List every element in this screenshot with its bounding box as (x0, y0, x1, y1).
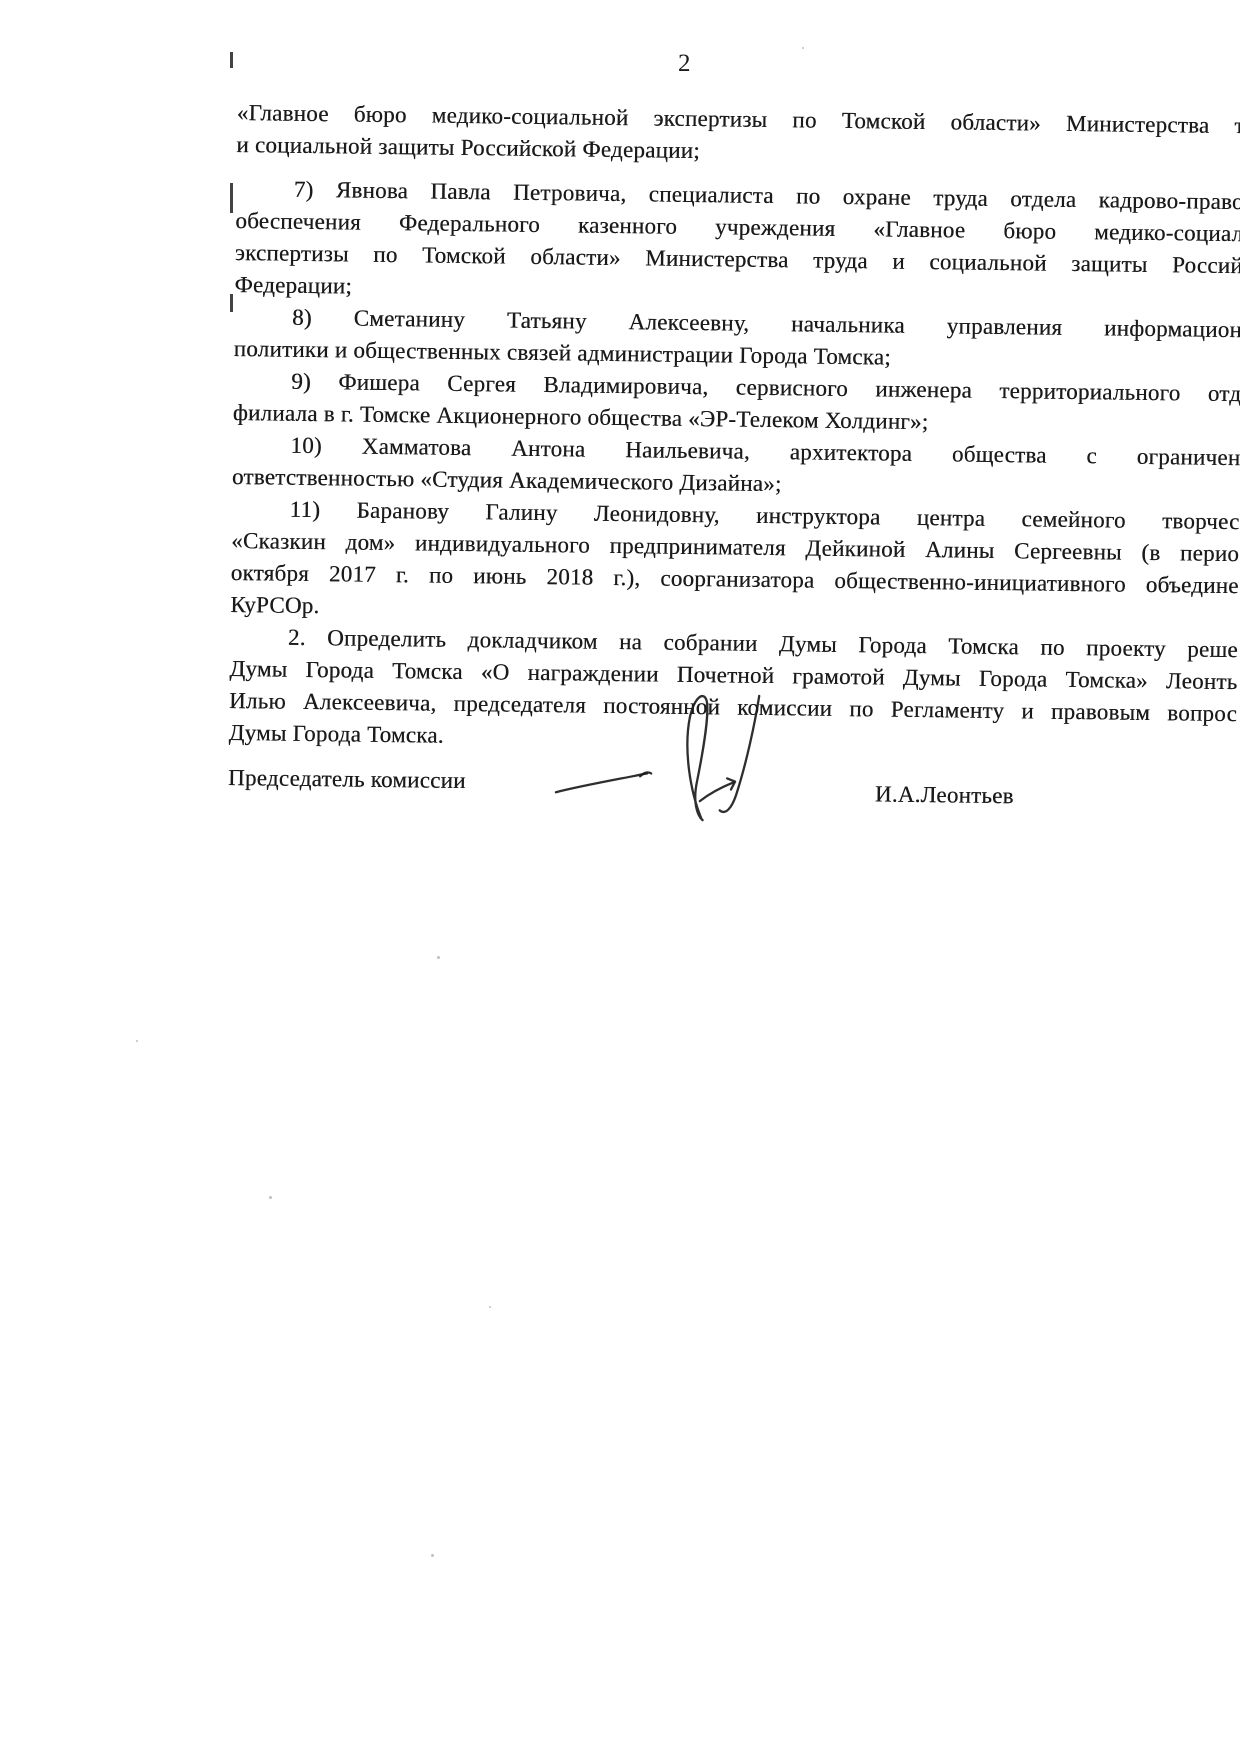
signature-name: И.А.Леонтьев (875, 781, 1014, 809)
scan-speck (431, 1554, 434, 1557)
scan-speck (136, 1040, 138, 1042)
document-content: «Главное бюро медико-социальной эксперти… (228, 97, 1240, 762)
scan-speck (437, 956, 440, 959)
scan-speck (269, 1196, 272, 1199)
scan-artifact (230, 52, 233, 68)
signature-role-label: Председатель комиссии (228, 765, 466, 794)
scan-artifact (230, 294, 233, 312)
document-body: «Главное бюро медико-социальной эксперти… (228, 97, 1240, 762)
handwritten-signature-icon (549, 687, 811, 830)
scan-artifact (230, 183, 233, 213)
page-number: 2 (678, 50, 691, 78)
scanned-document-page: 2 «Главное бюро медико-социальной экспер… (0, 0, 1240, 1753)
scan-speck (489, 1306, 491, 1308)
scan-speck (802, 47, 804, 49)
